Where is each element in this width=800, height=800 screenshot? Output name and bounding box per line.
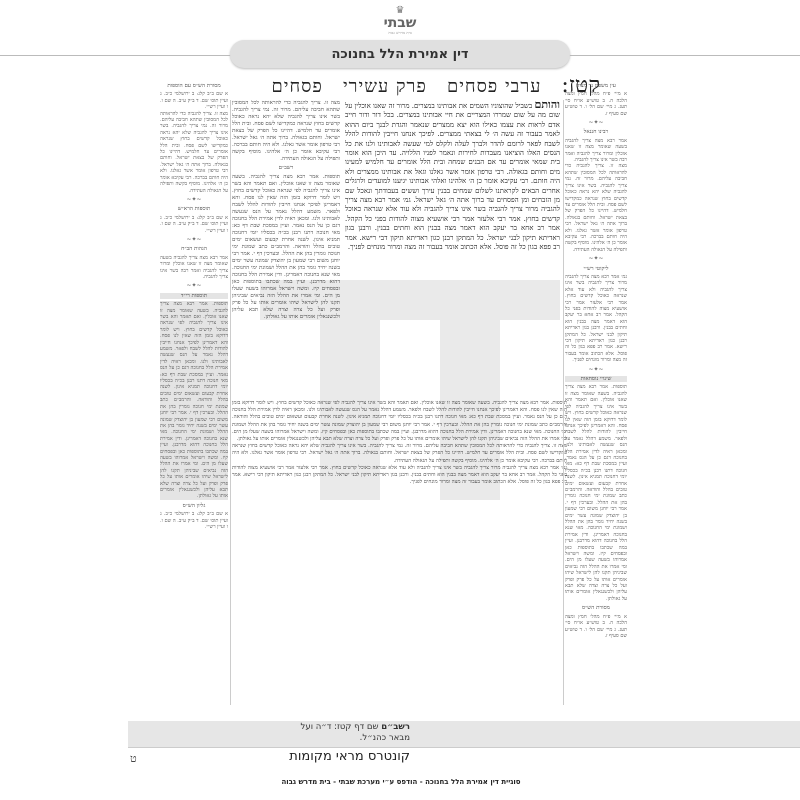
mishnah-text: בשביל שהוצוניו השמים את אבותינו במצרים. … [345,102,560,204]
right-margin-text: תוספות. אמר רבא מצה צריך להגביה. בשעה שא… [565,384,627,602]
ornament-divider: ~✦~ [565,120,627,126]
tosafot-text: תוספות. אמר רבא מצה צריך להגביה. בשעה שא… [232,400,567,443]
left-margin-text: תוספות. אמר רבא מצה צריך להגביה. בשעה שא… [160,301,228,500]
left-margin-column: מסורת הש״ס עם הוספות א שם ב״ב קלג: ב ירו… [160,80,228,710]
source-line2: מבאר כהנ״ל. [360,733,410,743]
source-name: רשב״ם [381,722,410,732]
print-credit: סוגיית דין אמירת הלל בחנוכה - הודפס ע״י … [256,778,546,786]
left-margin-text: מצה זו. צריך להגביה כדי להראותה לכל המסו… [160,111,228,194]
right-margin-text: א מיי׳ פ״ח מהל׳ חמץ ומצה הלכה ה. ב טוש״ע… [565,614,627,640]
right-section-header: רבינו חננאל [565,129,627,135]
left-margin-text: א שם ב״ב קלג: ב ירושלמי כ״ב. ג ועיין תוס… [160,511,228,530]
right-section-header: ליקוטי רש״י [565,266,627,272]
gemara-text: גמ׳ אמר רבא מצה צריך להגביה מרור צריך לה… [345,196,560,251]
rashbam-text: מצה זו. צריך להגביה כדי להראותה לכל המסו… [232,100,340,163]
right-margin-column: עין משפט נר מצוה א מיי׳ פ״ח מהל׳ חמץ ומצ… [565,80,627,710]
left-margin-text: אמר רבא מצה צריך להגביה בשעה שאומר מצה ז… [160,255,228,281]
page-letter: ט [130,752,137,765]
right-margin-text: א מיי׳ פ״ח מהל׳ חמץ ומצה הלכה ה. ב טוש״ע… [565,91,627,117]
rashbam-text: תוספות. אמר רבא מצה צריך להגביה. בשעה שא… [232,174,340,321]
ornament-divider: ~✦~ [160,283,228,289]
left-margin-text: א שם ב״ב קלג: ב ירושלמי כ״ב. ג ועיין תוס… [160,91,228,110]
right-margin-text: גמ׳ אמר רבא מצה צריך להגביה מרור צריך לה… [565,274,627,364]
source-ref: שם דף קטז: ד״ה ועל [301,722,379,732]
left-section-header: הגהות הב״ח [160,246,228,252]
tosafot-text: מצה זו. צריך להגביה כדי להראותה לכל המסו… [232,443,567,465]
publisher-logo: ♛ שבתי בית מדרש גבוה [370,6,430,36]
ornament-divider: ~✦~ [565,256,627,262]
ornament-divider: ~✦~ [160,237,228,243]
logo-subtitle: בית מדרש גבוה [370,30,430,35]
ornament-divider: ~✦~ [160,197,228,203]
rashbam-commentary: מצה זו. צריך להגביה כדי להראותה לכל המסו… [232,100,340,400]
logo-name: שבתי [370,16,430,30]
left-section-header: תוספות הרא״ש [160,206,228,212]
running-title: ערבי פסחים פרק עשירי פסחים [272,76,542,97]
right-margin-text: מצה זו. צריך להגביה כדי להראותה לכל המסו… [565,163,627,253]
left-margin-text: א שם ב״ב קלג: ב ירושלמי כ״ב. ג ועיין תוס… [160,215,228,234]
tosafot-text: גמ׳ אמר רבא מצה צריך להגביה מרור צריך לה… [232,465,567,487]
right-margin-header: עין משפט נר מצוה [565,83,627,89]
main-text-block: והותם בשביל שהוצוניו השמים את אבותינו במ… [345,100,560,400]
footer-bar-right [410,721,800,748]
column-rule [563,100,564,705]
column-rule [230,100,231,705]
right-margin-text: אמר רבא מצה צריך להגביה בשעה שאומר מצה ז… [565,138,627,164]
page-title: דין אמירת הלל בחנוכה [230,40,570,68]
daf-header: קטז: ערבי פסחים פרק עשירי פסחים [240,72,600,100]
left-section-header: תוספות רי״ד [160,293,228,299]
footer-source-note: רשב״ם שם דף קטז: ד״ה ועל מבאר כהנ״ל. [210,722,410,744]
tosafot-commentary: תוספות. אמר רבא מצה צריך להגביה. בשעה שא… [232,400,567,705]
rashbam-header: רשב״ם [232,165,340,172]
right-section-header: מסורת הש״ס [565,605,627,611]
ornament-divider: ~✦~ [565,367,627,373]
booklet-title: קונטרס מראי מקומות [289,749,410,764]
left-section-header: גליון הש״ס [160,503,228,509]
left-margin-header: מסורת הש״ס עם הוספות [160,83,228,89]
right-section-header: שינויי נוסחאות [565,376,627,382]
opening-word: והותם [534,100,560,111]
